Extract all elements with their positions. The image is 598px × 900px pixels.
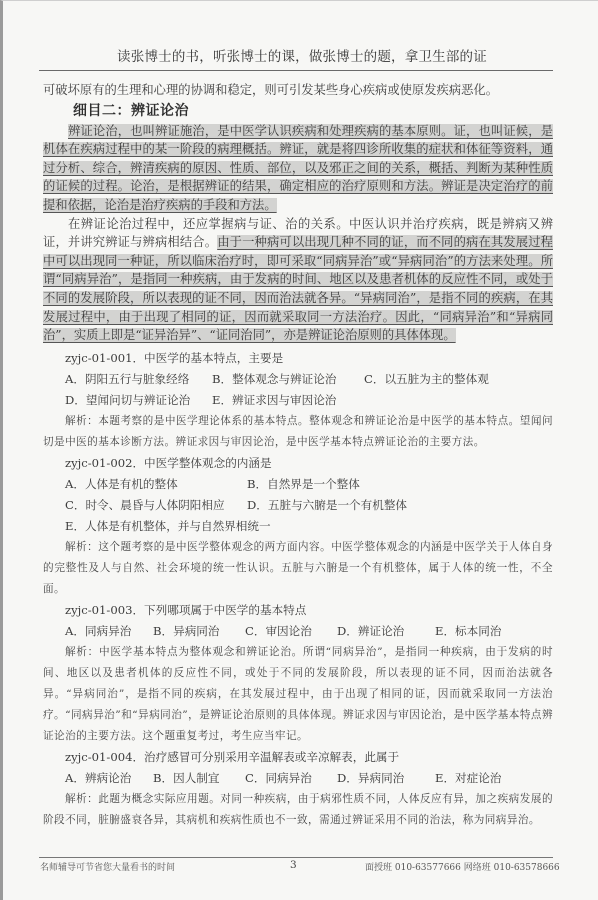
answer-analysis: 解析：本题考察的是中医学理论体系的基本特点。整体观念和辨证论治是中医学的基本特点… bbox=[43, 411, 553, 453]
option-d: D．辨证论治 bbox=[337, 621, 435, 642]
question-stem: zyjc-01-003．下列哪项属于中医学的基本特点 bbox=[65, 600, 553, 621]
header-divider bbox=[39, 70, 553, 71]
option-e: E．辨证求因与审因论治 bbox=[212, 390, 336, 411]
option-c: C．审因论治 bbox=[245, 621, 337, 642]
footer-divider bbox=[39, 857, 553, 858]
continuation-paragraph: 可破坏原有的生理和心理的协调和稳定，则可引发某些身心疾病或使原发疾病恶化。 bbox=[43, 81, 553, 100]
page-number: 3 bbox=[290, 859, 297, 871]
document-page: 读张博士的书，听张博士的课，做张博士的题，拿卫生部的证 可破坏原有的生理和心理的… bbox=[0, 0, 598, 900]
option-row: D．望闻问切与辨证论治E．辨证求因与审因论治 bbox=[65, 390, 553, 411]
option-b: B．自然界是一个整体 bbox=[247, 474, 360, 495]
question-stem: zyjc-01-001．中医学的基本特点，主要是 bbox=[65, 348, 553, 369]
option-a: A．辨病论治 bbox=[65, 768, 153, 789]
option-d: D．异病同治 bbox=[337, 768, 435, 789]
question-block: zyjc-01-001．中医学的基本特点，主要是 A．阴阳五行与脏象经络B．整体… bbox=[43, 348, 553, 453]
question-stem: zyjc-01-004．治疗感冒可分别采用辛温解表或辛凉解表，此属于 bbox=[65, 747, 553, 768]
option-c: C．时令、晨昏与人体阴阳相应 bbox=[65, 495, 247, 516]
footer-slogan: 名师辅导可节省您大量看书的时间 bbox=[40, 860, 175, 873]
page-header-title: 读张博士的书，听张博士的课，做张博士的题，拿卫生部的证 bbox=[3, 45, 598, 65]
option-row: A．人体是有机的整体B．自然界是一个整体 bbox=[65, 474, 553, 495]
option-d: D．五脏与六腑是一个有机整体 bbox=[247, 495, 407, 516]
option-c: C．同病异治 bbox=[245, 768, 337, 789]
option-b: B．异病同治 bbox=[153, 621, 245, 642]
section-title: 细目二：辨证论治 bbox=[73, 101, 553, 121]
highlighted-text: 辨证论治，也叫辨证施治，是中医学认识疾病和处理疾病的基本原则。证，也叫证候，是机… bbox=[43, 124, 553, 212]
option-a: A．人体是有机的整体 bbox=[65, 474, 247, 495]
answer-analysis: 解析：中医学基本特点为整体观念和辨证论治。所谓“同病异治”，是指同一种疾病，由于… bbox=[43, 642, 553, 747]
option-e: E．对症论治 bbox=[435, 768, 501, 789]
question-stem: zyjc-01-002．中医学整体观念的内涵是 bbox=[65, 453, 553, 474]
option-c: C．以五脏为主的整体观 bbox=[364, 369, 489, 390]
answer-analysis: 解析：这个题考察的是中医学整体观念的两方面内容。中医学整体观念的内涵是中医学关于… bbox=[43, 537, 553, 600]
question-block: zyjc-01-002．中医学整体观念的内涵是 A．人体是有机的整体B．自然界是… bbox=[43, 453, 553, 600]
option-b: B．整体观念与辨证论治 bbox=[212, 369, 364, 390]
option-row: A．同病异治B．异病同治C．审因论治D．辨证论治E．标本同治 bbox=[65, 621, 553, 642]
option-a: A．阴阳五行与脏象经络 bbox=[65, 369, 212, 390]
option-e: E．标本同治 bbox=[435, 621, 501, 642]
page-body: 可破坏原有的生理和心理的协调和稳定，则可引发某些身心疾病或使原发疾病恶化。 细目… bbox=[43, 81, 553, 831]
definition-paragraph: 辨证论治，也叫辨证施治，是中医学认识疾病和处理疾病的基本原则。证，也叫证候，是机… bbox=[43, 122, 553, 215]
option-row: A．辨病论治B．因人制宜C．同病异治D．异病同治E．对症论治 bbox=[65, 768, 553, 789]
answer-analysis: 解析：此题为概念实际应用题。对同一种疾病，由于病邪性质不同，人体反应有异，加之疾… bbox=[43, 789, 553, 831]
footer-contact: 面授班 010-63577666 网络班 010-63578666 bbox=[365, 860, 560, 873]
option-e: E．人体是有机整体，并与自然界相统一 bbox=[65, 516, 271, 537]
option-row: E．人体是有机整体，并与自然界相统一 bbox=[65, 516, 553, 537]
question-block: zyjc-01-003．下列哪项属于中医学的基本特点 A．同病异治B．异病同治C… bbox=[43, 600, 553, 747]
option-row: C．时令、晨昏与人体阴阳相应D．五脏与六腑是一个有机整体 bbox=[65, 495, 553, 516]
question-block: zyjc-01-004．治疗感冒可分别采用辛温解表或辛凉解表，此属于 A．辨病论… bbox=[43, 747, 553, 831]
highlighted-text: 由于一种病可以出现几种不同的证，而不同的病在其发展过程中可以出现同一种证，所以临… bbox=[43, 235, 553, 342]
option-d: D．望闻问切与辨证论治 bbox=[65, 390, 212, 411]
disease-syndrome-paragraph: 在辨证论治过程中，还应掌握病与证、治的关系。中医认识并治疗疾病，既是辨病又辨证，… bbox=[43, 215, 553, 345]
option-b: B．因人制宜 bbox=[153, 768, 245, 789]
option-row: A．阴阳五行与脏象经络B．整体观念与辨证论治C．以五脏为主的整体观 bbox=[65, 369, 553, 390]
option-a: A．同病异治 bbox=[65, 621, 153, 642]
